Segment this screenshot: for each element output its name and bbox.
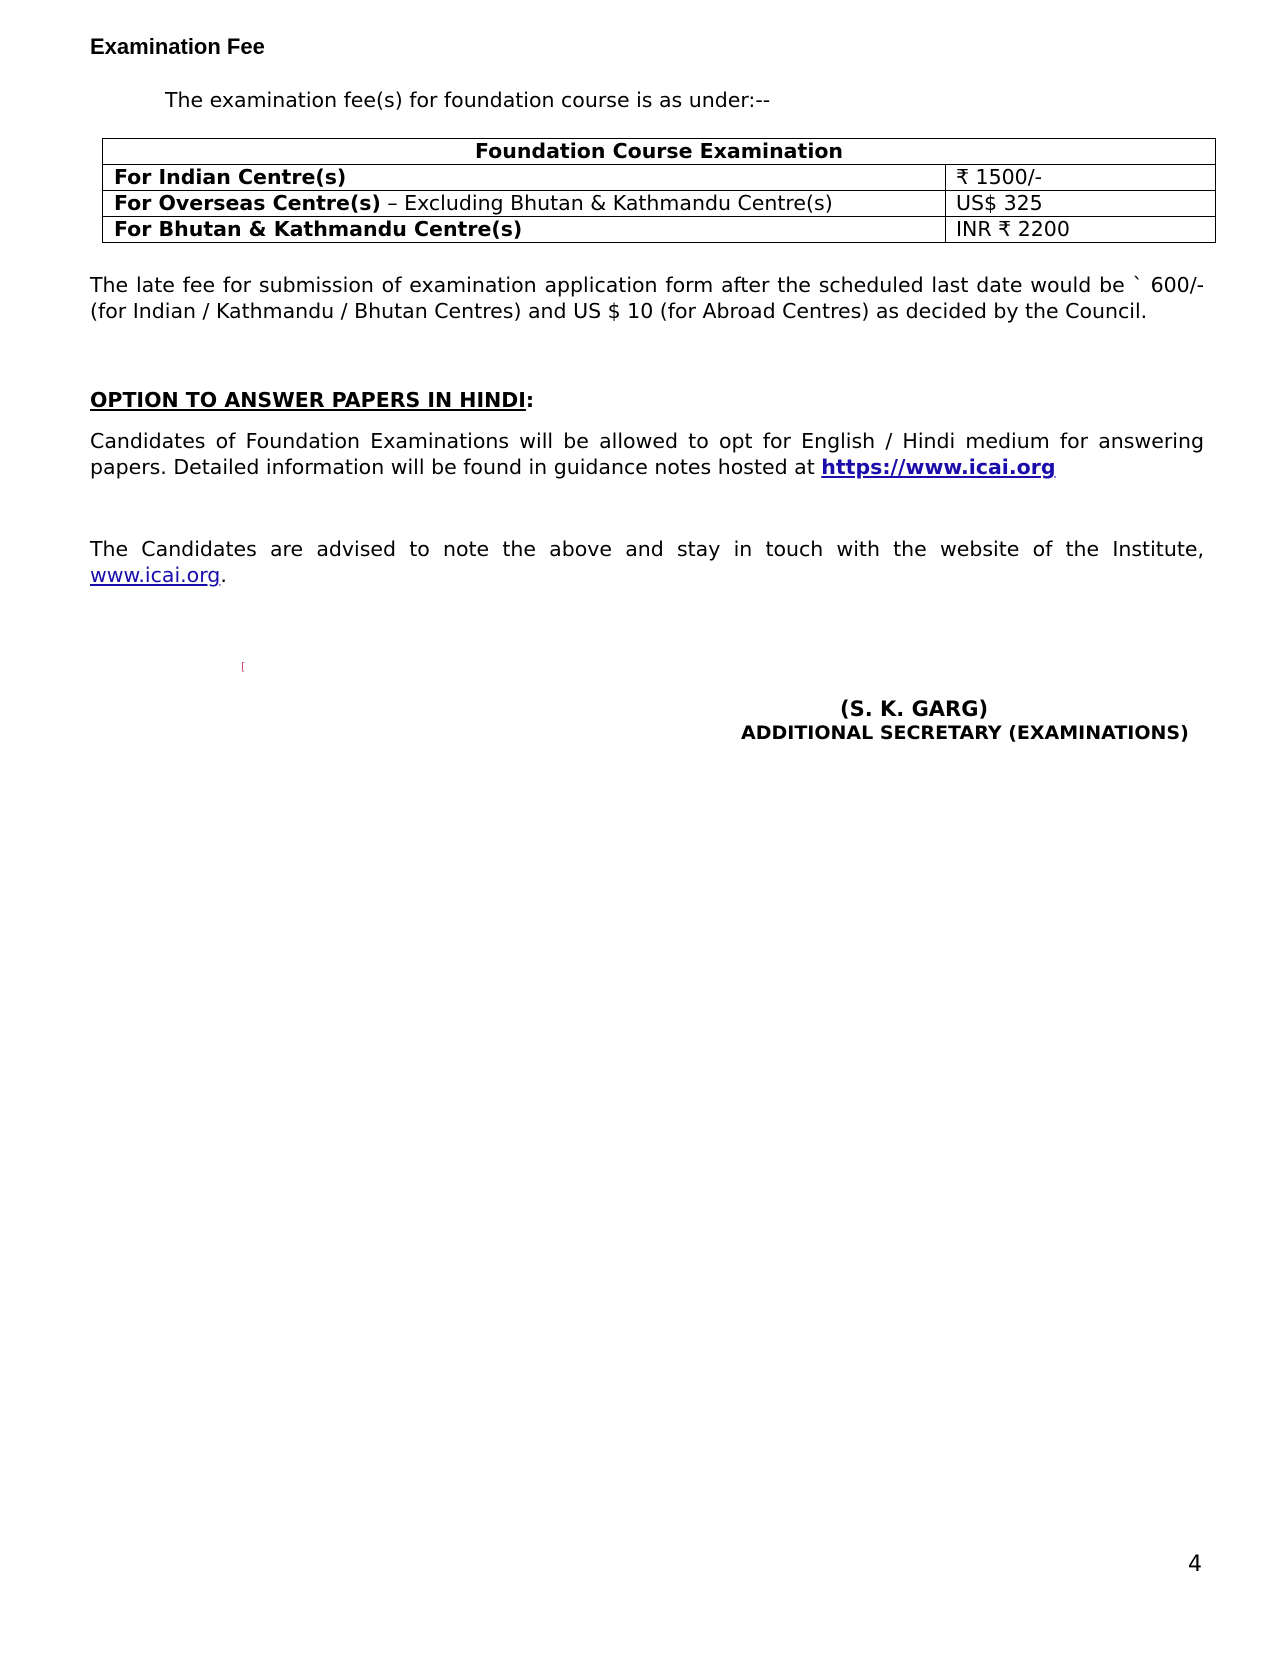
fee-row-value: ₹ 1500/- (946, 165, 1216, 191)
icai-website-link[interactable]: www.icai.org (90, 563, 220, 587)
advice-suffix: . (220, 563, 227, 587)
fee-row-label-bold: For Overseas Centre(s) (114, 191, 381, 215)
intro-text: The examination fee(s) for foundation co… (165, 88, 770, 112)
fee-row-value: US$ 325 (946, 191, 1216, 217)
fee-table-header-row: Foundation Course Examination (103, 139, 1216, 165)
table-row: For Bhutan & Kathmandu Centre(s) INR ₹ 2… (103, 217, 1216, 243)
table-row: For Indian Centre(s) ₹ 1500/- (103, 165, 1216, 191)
fee-row-label: For Bhutan & Kathmandu Centre(s) (103, 217, 946, 243)
fee-table-header: Foundation Course Examination (103, 139, 1216, 165)
section-heading-examination-fee: Examination Fee (90, 34, 265, 60)
fee-row-label-bold: For Indian Centre(s) (114, 165, 346, 189)
hindi-section-heading: OPTION TO ANSWER PAPERS IN HINDI: (90, 388, 534, 412)
hindi-section-heading-text: OPTION TO ANSWER PAPERS IN HINDI (90, 388, 526, 412)
table-row: For Overseas Centre(s) – Excluding Bhuta… (103, 191, 1216, 217)
fee-row-label: For Overseas Centre(s) – Excluding Bhuta… (103, 191, 946, 217)
page-number: 4 (1188, 1552, 1202, 1577)
fee-row-value: INR ₹ 2200 (946, 217, 1216, 243)
advice-text: The Candidates are advised to note the a… (90, 537, 1204, 561)
fee-row-label-bold: For Bhutan & Kathmandu Centre(s) (114, 217, 522, 241)
icai-guidance-link[interactable]: https://www.icai.org (821, 455, 1055, 479)
stray-mark: [ (241, 660, 245, 673)
signatory-name: (S. K. GARG) (840, 697, 988, 721)
fee-row-label-rest: – Excluding Bhutan & Kathmandu Centre(s) (381, 191, 833, 215)
fee-table: Foundation Course Examination For Indian… (102, 138, 1216, 243)
hindi-section-heading-colon: : (526, 388, 534, 412)
late-fee-paragraph: The late fee for submission of examinati… (90, 272, 1204, 324)
hindi-section-body: Candidates of Foundation Examinations wi… (90, 428, 1204, 480)
advice-paragraph: The Candidates are advised to note the a… (90, 536, 1204, 588)
signatory-title: ADDITIONAL SECRETARY (EXAMINATIONS) (741, 722, 1189, 744)
fee-row-label: For Indian Centre(s) (103, 165, 946, 191)
